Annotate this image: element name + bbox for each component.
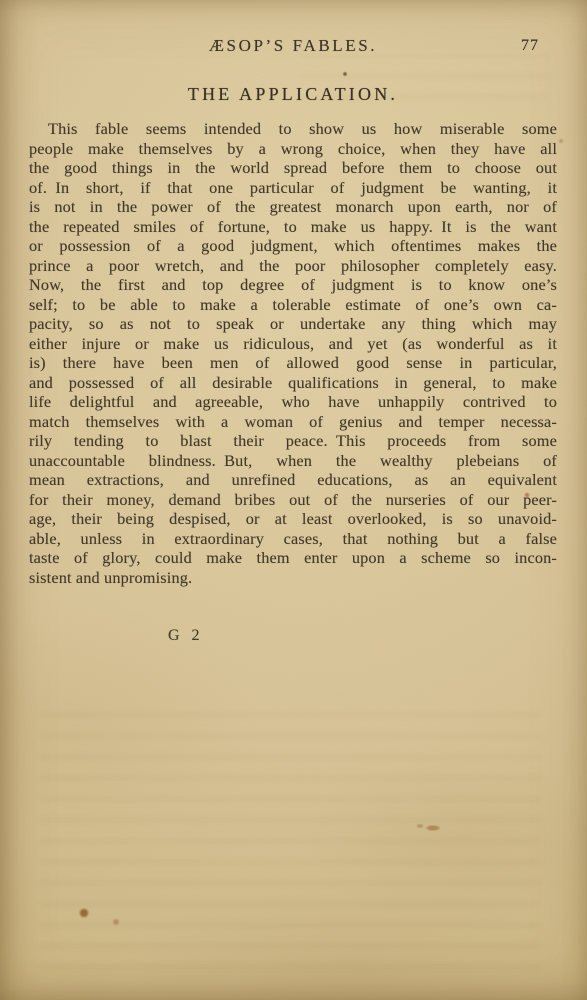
body-text-line: the good things in the world spread befo… [29,158,557,178]
body-text-line: sistent and unpromising. [29,568,557,588]
body-text-line: match themselves with a woman of genius … [29,412,557,432]
body-text-line: or possession of a good judgment, which … [29,236,557,256]
body-text-line: pacity, so as not to speak or undertake … [29,314,557,334]
body-text-line: unaccountable blindness. But, when the w… [29,451,557,471]
section-title: THE APPLICATION. [29,84,557,105]
body-text-line: for their money, demand bribes out of th… [29,490,557,510]
body-text-line: able, unless in extraordinary cases, tha… [29,529,557,549]
body-text-line: prince a poor wretch, and the poor philo… [29,256,557,276]
signature-mark: G 2 [168,627,204,645]
running-header: ÆSOP’S FABLES. 77 [29,36,557,58]
page-number: 77 [521,37,539,55]
body-text-line: either injure or make us ridiculous, and… [29,334,557,354]
body-text-line: self; to be able to make a tolerable est… [29,295,557,315]
body-text-line: This fable seems intended to show us how… [29,119,557,139]
page-showthrough-bottom [40,700,540,970]
body-text-line: Now, the first and top degree of judgmen… [29,275,557,295]
body-text-line: people make themselves by a wrong choice… [29,139,557,159]
body-text-line: is not in the power of the greatest mona… [29,197,557,217]
running-header-title: ÆSOP’S FABLES. [29,36,557,56]
body-text-line: the repeated smiles of fortune, to make … [29,217,557,237]
body-text-line: life delightful and agreeable, who have … [29,392,557,412]
body-text-line: age, their being despised, or at least o… [29,509,557,529]
body-text-line: of. In short, if that one particular of … [29,178,557,198]
body-text-line: mean extractions, and unrefined educatio… [29,470,557,490]
body-text-line: taste of glory, could make them enter up… [29,548,557,568]
body-paragraph: This fable seems intended to show us how… [29,119,557,587]
body-text-line: rily tending to blast their peace. This … [29,431,557,451]
body-text-line: is) there have been men of allowed good … [29,353,557,373]
body-text-line: and possessed of all desirable qualifica… [29,373,557,393]
book-page: ÆSOP’S FABLES. 77 THE APPLICATION. This … [0,0,587,1000]
